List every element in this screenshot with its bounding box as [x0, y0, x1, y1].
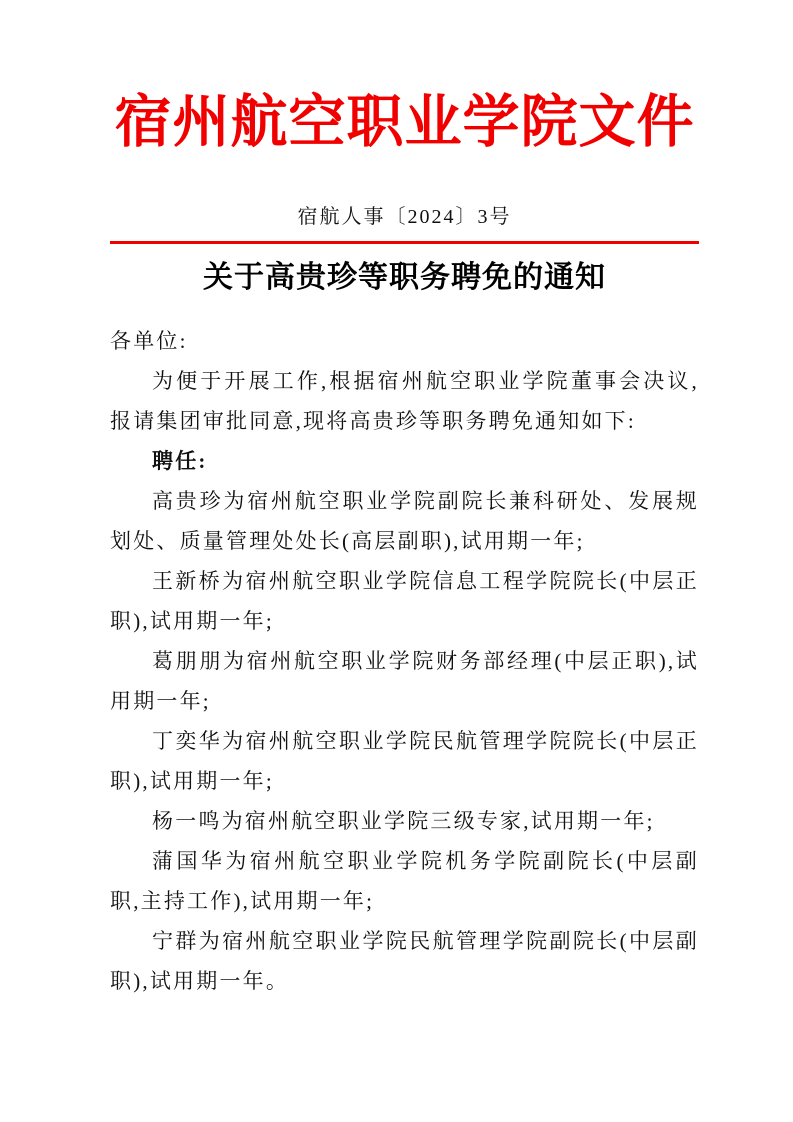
red-header-title: 宿州航空职业学院文件 — [110, 92, 699, 155]
section-label-appointments: 聘任: — [110, 441, 699, 481]
appointment-paragraph: 高贵珍为宿州航空职业学院副院长兼科研处、发展规划处、质量管理处处长(高层副职),… — [110, 481, 699, 561]
appointment-paragraph: 杨一鸣为宿州航空职业学院三级专家,试用期一年; — [110, 801, 699, 841]
red-divider-rule — [110, 241, 699, 244]
appointment-paragraph: 葛朋朋为宿州航空职业学院财务部经理(中层正职),试用期一年; — [110, 641, 699, 721]
document-number: 宿航人事〔2024〕3号 — [110, 205, 699, 229]
document-page: 宿州航空职业学院文件 宿航人事〔2024〕3号 关于高贵珍等职务聘免的通知 各单… — [0, 0, 793, 1122]
appointment-paragraph: 王新桥为宿州航空职业学院信息工程学院院长(中层正职),试用期一年; — [110, 561, 699, 641]
notice-title: 关于高贵珍等职务聘免的通知 — [110, 259, 699, 297]
appointment-paragraph: 宁群为宿州航空职业学院民航管理学院副院长(中层副职),试用期一年。 — [110, 921, 699, 1001]
salutation-line: 各单位: — [110, 321, 699, 361]
appointment-paragraph: 蒲国华为宿州航空职业学院机务学院副院长(中层副职,主持工作),试用期一年; — [110, 841, 699, 921]
document-content: 宿州航空职业学院文件 宿航人事〔2024〕3号 关于高贵珍等职务聘免的通知 各单… — [0, 92, 793, 1001]
notice-body: 各单位: 为便于开展工作,根据宿州航空职业学院董事会决议,报请集团审批同意,现将… — [110, 321, 699, 1001]
intro-paragraph: 为便于开展工作,根据宿州航空职业学院董事会决议,报请集团审批同意,现将高贵珍等职… — [110, 361, 699, 441]
appointment-paragraph: 丁奕华为宿州航空职业学院民航管理学院院长(中层正职),试用期一年; — [110, 721, 699, 801]
